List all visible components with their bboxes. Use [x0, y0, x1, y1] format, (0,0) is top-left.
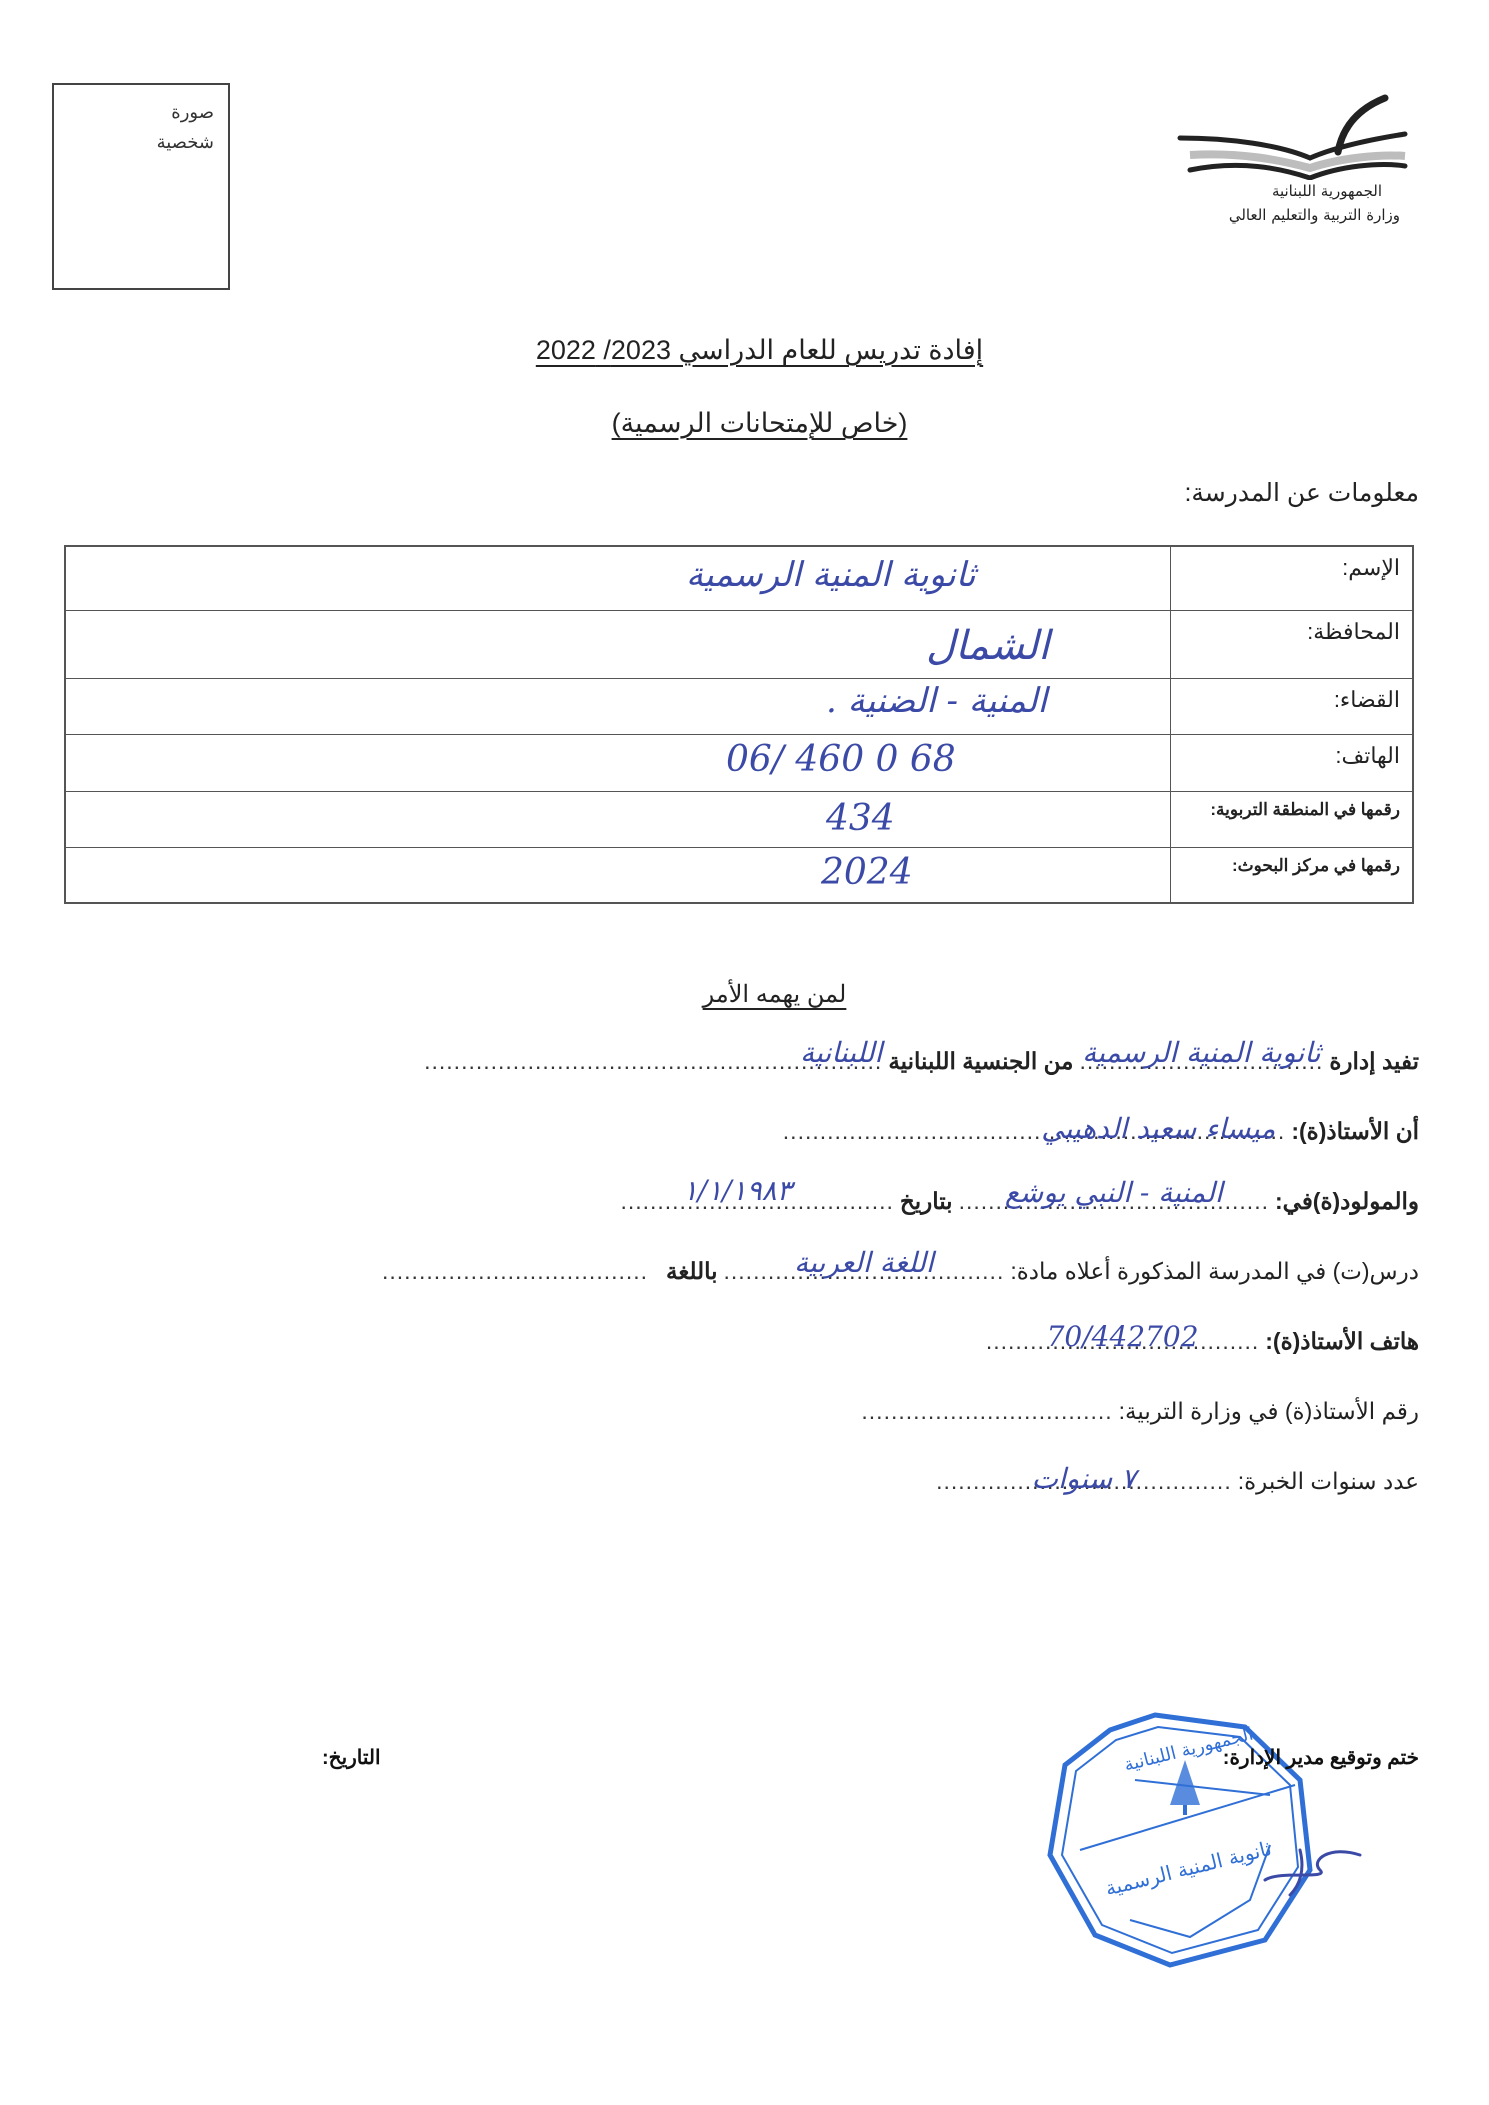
experience-label: عدد سنوات الخبرة:: [1238, 1468, 1419, 1495]
value-district-cell[interactable]: المنية - الضنية .: [65, 678, 1170, 734]
nationality-field[interactable]: ........................................…: [424, 1048, 882, 1075]
birthdate-label: بتاريخ: [900, 1188, 953, 1215]
photo-label-line2: شخصية: [157, 127, 214, 157]
experience-value: ٧ سنوات: [936, 1462, 1232, 1495]
date-label: التاريخ:: [322, 1745, 381, 1770]
photo-label: صورة شخصية: [157, 97, 214, 157]
birthplace-value: المنية - النبي يوشع: [959, 1176, 1269, 1209]
school-info-table: الإسم: ثانوية المنية الرسمية المحافظة: ا…: [64, 545, 1414, 904]
label-governorate: المحافظة:: [1170, 610, 1413, 678]
table-row: رقمها في مركز البحوث: 2024: [65, 847, 1413, 903]
ministry-name: وزارة التربية والتعليم العالي: [1140, 206, 1400, 224]
nationality-value: اللبنانية: [424, 1036, 882, 1069]
stamp-school-text: ثانوية المنية الرسمية: [1103, 1836, 1274, 1900]
signature-icon: [1260, 1840, 1370, 1900]
ministry-logo: الجمهورية اللبنانية وزارة التربية والتعل…: [1160, 90, 1420, 240]
teacher-phone-field[interactable]: ..................................... 70…: [986, 1328, 1259, 1355]
line-teacher-name: أن الأستاذ(ة): .........................…: [783, 1118, 1419, 1168]
photo-label-line1: صورة: [157, 97, 214, 127]
to-whom-heading: لمن يهمه الأمر: [0, 980, 1489, 1009]
value-governorate: الشمال: [926, 623, 1049, 669]
republic-name: الجمهورية اللبنانية: [1122, 182, 1382, 200]
subject-field[interactable]: ...................................... ا…: [724, 1258, 1005, 1285]
label-edu-region-number: رقمها في المنطقة التربوية:: [1170, 791, 1413, 847]
birthplace-field[interactable]: ........................................…: [959, 1188, 1269, 1215]
label-district: القضاء:: [1170, 678, 1413, 734]
value-name-cell[interactable]: ثانوية المنية الرسمية: [65, 546, 1170, 610]
experience-field[interactable]: ........................................…: [936, 1468, 1232, 1495]
table-row: المحافظة: الشمال: [65, 610, 1413, 678]
subject-label: درس(ت) في المدرسة المذكورة أعلاه مادة:: [1010, 1258, 1419, 1285]
value-governorate-cell[interactable]: الشمال: [65, 610, 1170, 678]
value-edu-region-cell[interactable]: 434: [65, 791, 1170, 847]
teacher-name-field[interactable]: ........................................…: [783, 1118, 1286, 1145]
table-row: الإسم: ثانوية المنية الرسمية: [65, 546, 1413, 610]
value-research-center-cell[interactable]: 2024: [65, 847, 1170, 903]
table-row: القضاء: المنية - الضنية .: [65, 678, 1413, 734]
line-experience: عدد سنوات الخبرة: ......................…: [936, 1468, 1419, 1518]
ministry-number-label: رقم الأستاذ(ة) في وزارة التربية:: [1119, 1398, 1419, 1425]
value-phone: 06/ 460 0 68: [726, 739, 956, 780]
document-title-text: إفادة تدريس للعام الدراسي 2023/ 2022: [536, 335, 983, 365]
nationality-label: من الجنسية اللبنانية: [888, 1048, 1073, 1075]
line-school-admin: تفيد إدارة .............................…: [424, 1048, 1419, 1098]
value-district: المنية - الضنية .: [826, 681, 1047, 721]
label-research-center-number: رقمها في مركز البحوث:: [1170, 847, 1413, 903]
document-subtitle: (خاص للإمتحانات الرسمية): [0, 408, 1489, 439]
teacher-name-value: ميساء سعيد الدهيبي: [783, 1112, 1276, 1145]
value-edu-region-number: 434: [826, 798, 895, 839]
ministry-number-field[interactable]: ..................................: [861, 1398, 1112, 1425]
photo-placeholder: صورة شخصية: [52, 83, 230, 290]
document-title: إفادة تدريس للعام الدراسي 2023/ 2022: [0, 335, 1489, 366]
school-admin-value: ثانوية المنية الرسمية: [1080, 1036, 1324, 1069]
label-name: الإسم:: [1170, 546, 1413, 610]
line-teacher-phone: هاتف الأستاذ(ة): .......................…: [986, 1328, 1419, 1378]
teacher-name-label: أن الأستاذ(ة):: [1291, 1118, 1419, 1145]
value-phone-cell[interactable]: 06/ 460 0 68: [65, 734, 1170, 791]
line-birth: والمولود(ة)في: .........................…: [620, 1188, 1419, 1238]
school-info-heading: معلومات عن المدرسة:: [1184, 478, 1419, 508]
to-whom-heading-text: لمن يهمه الأمر: [703, 981, 847, 1008]
table-row: الهاتف: 06/ 460 0 68: [65, 734, 1413, 791]
teacher-phone-value: 70/442702: [986, 1320, 1259, 1353]
cedar-icon: [1170, 1760, 1200, 1805]
director-signature: [1260, 1840, 1370, 1900]
director-sign-label: ختم وتوقيع مدير الإدارة:: [1223, 1745, 1419, 1770]
school-admin-label: تفيد إدارة: [1329, 1048, 1419, 1075]
subject-value: اللغة العربية: [724, 1246, 1005, 1279]
language-label: باللغة: [666, 1258, 717, 1285]
table-row: رقمها في المنطقة التربوية: 434: [65, 791, 1413, 847]
teacher-phone-label: هاتف الأستاذ(ة):: [1265, 1328, 1419, 1355]
document-subtitle-text: (خاص للإمتحانات الرسمية): [612, 408, 908, 438]
birthdate-field[interactable]: ..................................... ١/…: [620, 1188, 893, 1215]
value-research-center-number: 2024: [821, 852, 913, 893]
open-book-icon: [1170, 90, 1410, 180]
language-field[interactable]: ....................................: [382, 1258, 648, 1285]
line-subject: درس(ت) في المدرسة المذكورة أعلاه مادة: .…: [382, 1258, 1419, 1308]
birthplace-label: والمولود(ة)في:: [1275, 1188, 1419, 1215]
line-ministry-number: رقم الأستاذ(ة) في وزارة التربية: .......…: [861, 1398, 1419, 1448]
value-school-name: ثانوية المنية الرسمية: [686, 555, 976, 595]
label-phone: الهاتف:: [1170, 734, 1413, 791]
school-admin-field[interactable]: ................................. ثانوية…: [1080, 1048, 1324, 1075]
birthdate-value: ١/١/١٩٨٣: [580, 1174, 893, 1207]
